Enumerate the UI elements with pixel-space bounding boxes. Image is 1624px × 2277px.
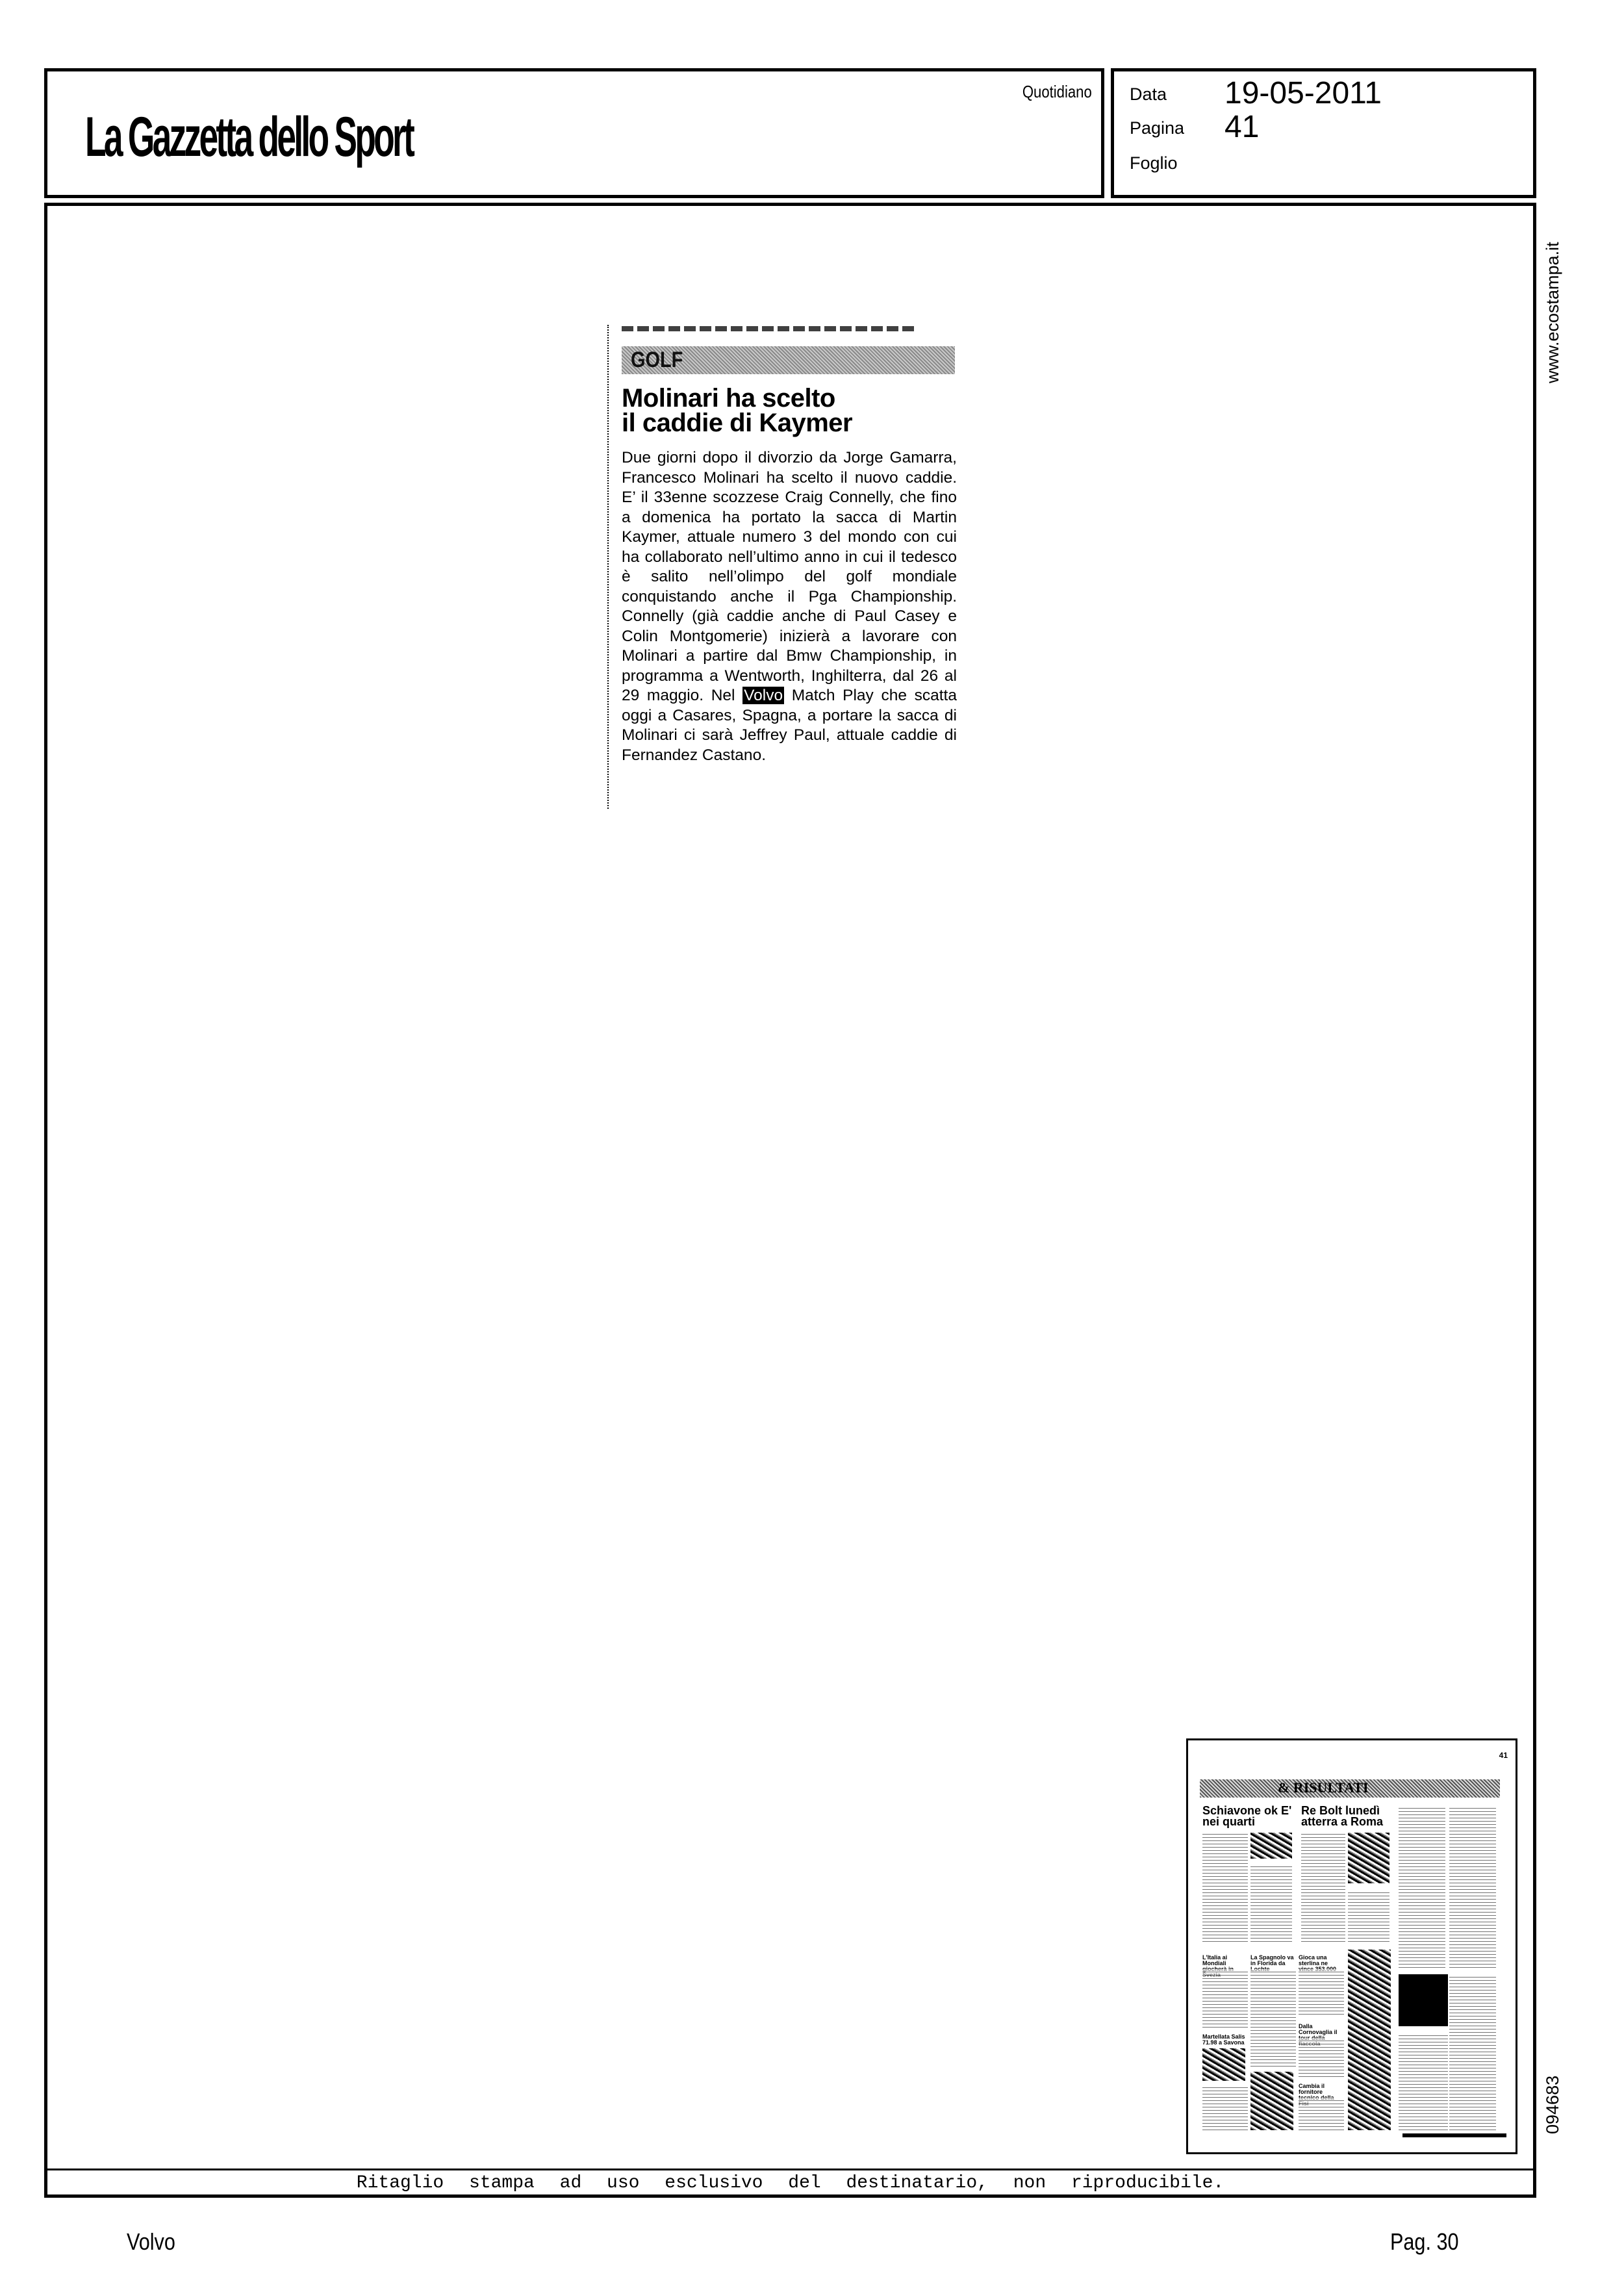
thumbnail-text-column (1250, 1969, 1296, 2067)
publication-frequency: Quotidiano (1022, 82, 1092, 102)
sheet-label: Foglio (1130, 153, 1178, 173)
article-headline: Molinari ha scelto il caddie di Kaymer (622, 386, 959, 435)
thumbnail-page-number: 41 (1499, 1751, 1508, 1760)
thumbnail-footer-bar (1402, 2133, 1506, 2137)
thumbnail-text-column (1301, 1831, 1345, 1942)
thumbnail-page: & RISULTATI Schiavone ok E' nei quarti R… (1200, 1779, 1500, 2135)
thumbnail-photo (1348, 1833, 1389, 1883)
thumbnail-text-column (1299, 1969, 1344, 2015)
thumbnail-text-column (1202, 1969, 1248, 2028)
thumbnail-band-title: & RISULTATI (1278, 1779, 1369, 1796)
thumbnail-text-column (1348, 1890, 1389, 1942)
thumbnail-photo (1250, 2072, 1293, 2130)
thumbnail-text-column (1399, 1805, 1445, 1968)
masthead-box: La Gazzetta dello Sport Quotidiano (44, 68, 1104, 198)
thumbnail-highlighted-article (1399, 1974, 1448, 2026)
thumbnail-headline: Re Bolt lunedì atterra a Roma (1301, 1805, 1392, 1827)
section-label: GOLF (631, 348, 683, 373)
page-value: 41 (1224, 112, 1259, 143)
thumbnail-photo (1348, 1950, 1391, 2130)
thumbnail-text-column (1449, 1974, 1496, 2130)
issue-info-box: Data 19-05-2011 Pagina 41 Foglio (1111, 68, 1536, 198)
article-body: Due giorni dopo il divorzio da Jorge Gam… (622, 448, 957, 765)
keyword-highlight: Volvo (742, 687, 784, 704)
date-label: Data (1130, 84, 1167, 105)
footer-divider (47, 2169, 1533, 2170)
thumbnail-headline: Schiavone ok E' nei quarti (1202, 1805, 1293, 1827)
date-value: 19-05-2011 (1224, 78, 1382, 109)
cut-previous-text (622, 326, 914, 331)
page-label: Pagina (1130, 118, 1184, 138)
thumbnail-headline: Martellata Salis 71.98 a Savona (1202, 2034, 1248, 2046)
thumbnail-photo (1250, 1833, 1292, 1859)
thumbnail-text-column (1250, 1864, 1292, 1942)
section-band: GOLF (622, 346, 955, 374)
thumbnail-text-column (1202, 1831, 1248, 1942)
column-rule (607, 325, 609, 809)
thumbnail-text-column (1299, 2038, 1344, 2077)
thumbnail-section-band: & RISULTATI (1200, 1779, 1500, 1798)
client-name: Volvo (127, 2228, 175, 2256)
clipping-code: 094683 (1543, 2076, 1563, 2134)
page-thumbnail: 41 & RISULTATI Schiavone ok E' nei quart… (1186, 1738, 1517, 2154)
page-number: Pag. 30 (1390, 2228, 1458, 2256)
headline-line-2: il caddie di Kaymer (622, 411, 959, 435)
thumbnail-text-column (1299, 2098, 1344, 2130)
ecostampa-url: www.ecostampa.it (1543, 242, 1563, 383)
thumbnail-text-column (1202, 2085, 1248, 2130)
headline-line-1: Molinari ha scelto (622, 386, 959, 411)
thumbnail-text-column (1399, 2033, 1448, 2130)
publication-logo: La Gazzetta dello Sport (85, 105, 412, 170)
body-text-start: Due giorni dopo il divorzio da Jorge Gam… (622, 449, 957, 704)
thumbnail-photo (1202, 2048, 1245, 2081)
thumbnail-text-column (1449, 1805, 1496, 1968)
copyright-notice: Ritaglio stampa ad uso esclusivo del des… (47, 2173, 1533, 2193)
article-clipping: GOLF Molinari ha scelto il caddie di Kay… (607, 318, 958, 819)
